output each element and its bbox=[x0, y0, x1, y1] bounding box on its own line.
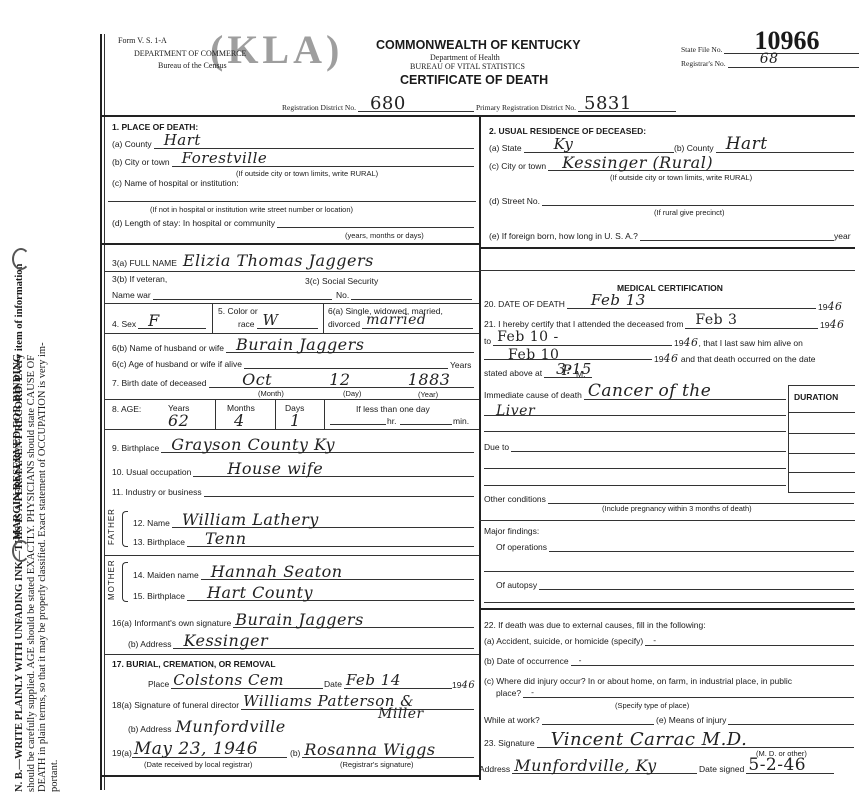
day-note: (Day) bbox=[343, 389, 361, 398]
means-of-injury-field[interactable]: (e) Means of injury bbox=[656, 713, 854, 725]
residence-county-field[interactable]: (b) County Hart bbox=[674, 138, 854, 153]
sex-value: F bbox=[138, 313, 160, 328]
residence-county-value: Hart bbox=[716, 137, 768, 152]
primary-district-field[interactable]: Primary Registration District No. 5831 bbox=[476, 96, 676, 112]
birthplace-field[interactable]: 9. Birthplace Grayson County Ky bbox=[112, 437, 474, 453]
duration-label: DURATION bbox=[794, 392, 838, 402]
length-of-stay-field[interactable]: (d) Length of stay: In hospital or commu… bbox=[112, 214, 474, 228]
residence-city-note: (If outside city or town limits, write R… bbox=[610, 173, 752, 182]
registrar-signature-value: Rosanna Wiggs bbox=[302, 742, 435, 757]
birth-day-value: 12 bbox=[319, 372, 350, 387]
row-divider bbox=[104, 654, 479, 655]
street-note: (If rural give precinct) bbox=[654, 208, 724, 217]
ampm-value[interactable]: P bbox=[562, 363, 572, 379]
due-to-field[interactable]: Due to bbox=[484, 440, 786, 452]
funeral-address-field[interactable]: (b) Address Munfordville bbox=[128, 718, 474, 734]
center-divider bbox=[479, 115, 481, 780]
registration-district-value: 680 bbox=[358, 96, 406, 111]
registrar-signature-note: (Registrar's signature) bbox=[340, 760, 414, 769]
burial-date-field[interactable]: Date Feb 14 bbox=[324, 673, 452, 689]
row-divider bbox=[104, 333, 479, 334]
injury-place-note: (Specify type of place) bbox=[615, 701, 689, 710]
duration-line bbox=[788, 412, 855, 413]
minutes-field[interactable] bbox=[400, 424, 452, 425]
informant-address-field[interactable]: (b) Address Kessinger bbox=[128, 634, 474, 649]
last-saw-year: 46 bbox=[663, 352, 678, 365]
cause-of-death-line-2[interactable]: Liver bbox=[484, 402, 786, 416]
date-received-value: May 23, 1946 bbox=[132, 742, 258, 757]
father-bracket bbox=[122, 511, 128, 547]
row-divider bbox=[479, 520, 855, 521]
registration-stamp: (KLA) bbox=[210, 26, 343, 73]
due-to-line[interactable] bbox=[484, 468, 786, 469]
while-at-work-field[interactable]: While at work? bbox=[484, 713, 654, 725]
full-name-value: Elizia Thomas Jaggers bbox=[179, 253, 374, 268]
other-conditions-note: (Include pregnancy within 3 months of de… bbox=[602, 504, 752, 513]
father-name-field[interactable]: 12. Name William Lathery bbox=[133, 512, 474, 528]
due-to-line[interactable] bbox=[484, 485, 786, 486]
mother-side-label: MOTHER bbox=[107, 559, 116, 600]
residence-state-value: Ky bbox=[524, 137, 574, 152]
spouse-age-suffix: Years bbox=[450, 360, 471, 370]
last-saw-label: , that I last saw him alive on bbox=[698, 338, 802, 348]
age-label: 8. AGE: bbox=[112, 404, 141, 414]
form-number: Form V. S. 1-A bbox=[118, 36, 167, 45]
last-saw-value: Feb 10 bbox=[484, 347, 559, 363]
occupation-value: House wife bbox=[193, 461, 323, 476]
date-of-death-field[interactable]: 20. DATE OF DEATH Feb 13 bbox=[484, 295, 816, 309]
department-of-health: Department of Health bbox=[430, 53, 500, 62]
date-received-note: (Date received by local registrar) bbox=[144, 760, 252, 769]
physician-signature-value: Vincent Carrac M.D. bbox=[537, 732, 748, 747]
col-divider bbox=[324, 399, 325, 429]
birth-year-value: 1883 bbox=[398, 372, 451, 387]
margin-line-3: DEATH in plain terms, so that it may be … bbox=[37, 264, 49, 792]
spouse-name-field[interactable]: 6(b) Name of husband or wife Burain Jagg… bbox=[112, 337, 474, 353]
date-of-occurrence-field[interactable]: (b) Date of occurrence - bbox=[484, 654, 854, 666]
accident-value: - bbox=[645, 635, 656, 645]
color-label: 5. Color or bbox=[218, 306, 258, 316]
less-than-day-label: If less than one day bbox=[356, 404, 430, 414]
binding-hole-icon bbox=[12, 540, 30, 562]
other-conditions-field[interactable]: Other conditions bbox=[484, 492, 854, 504]
m-label: M. bbox=[576, 369, 585, 379]
primary-district-value: 5831 bbox=[578, 96, 632, 111]
mother-name-value: Hannah Seaton bbox=[201, 564, 343, 579]
death-year-value: 46 bbox=[827, 300, 842, 313]
industry-field[interactable]: 11. Industry or business bbox=[112, 484, 474, 497]
minutes-label: min. bbox=[453, 416, 469, 426]
attended-from-field[interactable]: 21. I hereby certify that I attended the… bbox=[484, 315, 818, 329]
form-left-border-inner bbox=[104, 34, 105, 790]
death-county-field[interactable]: (a) County Hart bbox=[112, 134, 474, 149]
veteran-label: 3(b) If veteran, bbox=[112, 274, 167, 284]
date-of-occurrence-value: - bbox=[571, 655, 582, 665]
burial-year-value: 46 bbox=[461, 680, 475, 691]
injury-place-value: - bbox=[523, 687, 534, 697]
funeral-address-value: Munfordville bbox=[173, 719, 285, 734]
birth-month-value: Oct bbox=[232, 372, 272, 387]
autopsy-line-2[interactable] bbox=[484, 602, 854, 603]
occupation-field[interactable]: 10. Usual occupation House wife bbox=[112, 461, 474, 477]
bottom-rule bbox=[100, 775, 479, 777]
father-name-value: William Lathery bbox=[172, 512, 319, 527]
marital-status-field[interactable]: divorced married bbox=[328, 316, 473, 329]
death-city-note: (If outside city or town limits, write R… bbox=[236, 169, 378, 178]
bureau-vital-statistics: BUREAU OF VITAL STATISTICS bbox=[410, 62, 525, 71]
date-signed-field[interactable]: Date signed 5-2-46 bbox=[699, 756, 834, 774]
attended-from-year: 46 bbox=[829, 318, 844, 331]
marital-status-value: married bbox=[362, 313, 426, 328]
col-divider bbox=[215, 399, 216, 429]
cause-of-death-value: Cancer of the bbox=[584, 384, 711, 399]
physician-address-value: Munfordville, Ky bbox=[512, 758, 656, 773]
mother-name-field[interactable]: 14. Maiden name Hannah Seaton bbox=[133, 564, 474, 580]
col-divider bbox=[212, 303, 213, 333]
registrar-number-value: 68 bbox=[728, 52, 779, 67]
birth-date-field[interactable]: 7. Birth date of deceased Oct 12 1883 bbox=[112, 373, 474, 388]
social-security-label: 3(c) Social Security bbox=[305, 276, 378, 286]
month-note: (Month) bbox=[258, 389, 284, 398]
registrar-number-field[interactable]: Registrar's No. 68 bbox=[681, 54, 859, 68]
operations-line-2[interactable] bbox=[484, 571, 854, 572]
hours-label: hr. bbox=[387, 416, 396, 426]
col-divider bbox=[323, 303, 324, 333]
attended-to-field[interactable]: to Feb 10 - bbox=[484, 332, 672, 346]
col-divider bbox=[275, 399, 276, 429]
mother-birthplace-field[interactable]: 15. Birthplace Hart County bbox=[133, 586, 474, 601]
death-occurred-label: and that death occurred on the date bbox=[681, 354, 816, 364]
commonwealth-title: COMMONWEALTH OF KENTUCKY bbox=[376, 38, 581, 52]
date-of-death-value: Feb 13 bbox=[567, 293, 646, 308]
section-rule bbox=[100, 243, 479, 245]
hospital-label: (c) Name of hospital or institution: bbox=[112, 178, 239, 188]
war-field[interactable]: Name war bbox=[112, 288, 332, 300]
attended-from-value: Feb 3 bbox=[685, 313, 737, 328]
duration-line bbox=[788, 433, 855, 434]
row-divider bbox=[104, 429, 479, 430]
physician-signature-field[interactable]: 23. Signature Vincent Carrac M.D. bbox=[484, 730, 854, 748]
death-city-field[interactable]: (b) City or town Forestville bbox=[112, 152, 474, 167]
attended-to-year: 46 bbox=[683, 336, 698, 349]
mother-bracket bbox=[122, 562, 128, 602]
father-birthplace-value: Tenn bbox=[187, 531, 247, 546]
last-saw-field[interactable]: Feb 10 bbox=[484, 346, 652, 360]
stay-note: (years, months or days) bbox=[345, 231, 424, 240]
section-rule bbox=[479, 608, 855, 610]
cause-of-death-field[interactable]: Immediate cause of death Cancer of the bbox=[484, 384, 786, 400]
year-note: (Year) bbox=[418, 390, 438, 399]
burial-place-value: Colstons Cem bbox=[171, 673, 284, 688]
father-birthplace-field[interactable]: 13. Birthplace Tenn bbox=[133, 532, 474, 547]
date-signed-value: 5-2-46 bbox=[746, 758, 806, 773]
binding-margin-label: MARGIN RESERVED FOR BINDING bbox=[12, 354, 24, 540]
residence-state-field[interactable]: (a) State Ky bbox=[489, 138, 674, 153]
section-rule bbox=[479, 247, 855, 249]
cause-line[interactable] bbox=[484, 431, 786, 432]
autopsy-field[interactable]: Of autopsy bbox=[496, 578, 854, 590]
birthplace-value: Grayson County Ky bbox=[161, 437, 335, 452]
hospital-note: (If not in hospital or institution write… bbox=[150, 205, 353, 214]
father-side-label: FATHER bbox=[107, 508, 116, 545]
sex-field[interactable]: 4. Sex F bbox=[112, 314, 206, 329]
registrar-signature-field[interactable]: (b) Rosanna Wiggs bbox=[290, 740, 474, 758]
social-security-number-field[interactable]: No. bbox=[336, 288, 472, 300]
street-number-field[interactable]: (d) Street No. bbox=[489, 193, 854, 206]
injury-place-field[interactable]: place? - bbox=[496, 686, 854, 698]
attended-to-value: Feb 10 - bbox=[493, 330, 559, 345]
binding-hole-icon bbox=[12, 248, 30, 270]
operations-field[interactable]: Of operations bbox=[496, 540, 854, 552]
age-days-value[interactable]: 1 bbox=[290, 411, 301, 430]
race-value: W bbox=[257, 313, 279, 328]
full-name-field[interactable]: 3(a) FULL NAME Elizia Thomas Jaggers bbox=[112, 250, 474, 268]
injury-place-label: (c) Where did injury occur? In or about … bbox=[484, 676, 792, 686]
foreign-born-field[interactable]: (e) If foreign born, how long in U. S. A… bbox=[489, 228, 834, 241]
informant-signature-field[interactable]: 16(a) Informant's own signature Burain J… bbox=[112, 612, 474, 628]
margin-line-4: portant. bbox=[49, 264, 61, 792]
death-county-value: Hart bbox=[154, 133, 201, 148]
external-causes-heading: 22. If death was due to external causes,… bbox=[484, 620, 706, 630]
row-divider bbox=[104, 555, 479, 556]
informant-signature-value: Burain Jaggers bbox=[233, 612, 364, 627]
date-received-field[interactable]: 19(a) May 23, 1946 bbox=[112, 740, 287, 758]
foreign-year-suffix: year bbox=[834, 231, 851, 241]
header-rule bbox=[100, 115, 855, 117]
age-months-value[interactable]: 4 bbox=[234, 411, 245, 430]
race-field[interactable]: race W bbox=[238, 316, 318, 329]
spouse-name-value: Burain Jaggers bbox=[226, 337, 365, 352]
burial-date-value: Feb 14 bbox=[344, 673, 401, 688]
major-findings-label: Major findings: bbox=[484, 526, 539, 536]
certificate-title: CERTIFICATE OF DEATH bbox=[400, 73, 548, 87]
duration-line bbox=[788, 472, 855, 473]
registration-district-field[interactable]: Registration District No. 680 bbox=[282, 96, 474, 112]
row-divider bbox=[104, 271, 479, 272]
form-left-border bbox=[100, 34, 102, 790]
physician-address-field[interactable]: Address Munfordville, Ky bbox=[479, 756, 697, 774]
row-divider bbox=[479, 270, 855, 271]
residence-city-field[interactable]: (c) City or town Kessinger (Rural) bbox=[489, 156, 854, 171]
burial-place-field[interactable]: Place Colstons Cem bbox=[148, 673, 323, 689]
row-divider bbox=[104, 303, 479, 304]
hours-field[interactable] bbox=[330, 424, 386, 425]
hospital-line[interactable] bbox=[108, 201, 476, 202]
state-file-number: 10966 bbox=[724, 29, 819, 53]
spouse-age-field[interactable]: 6(c) Age of husband or wife if alive bbox=[112, 357, 448, 369]
cause-of-death-value-2: Liver bbox=[484, 403, 535, 419]
residence-city-value: Kessinger (Rural) bbox=[548, 155, 713, 170]
accident-field[interactable]: (a) Accident, suicide, or homicide (spec… bbox=[484, 634, 854, 646]
mother-birthplace-value: Hart County bbox=[187, 585, 313, 600]
duration-line bbox=[788, 453, 855, 454]
death-city-value: Forestville bbox=[172, 151, 268, 166]
age-years-value[interactable]: 62 bbox=[168, 411, 189, 430]
burial-heading: 17. BURIAL, CREMATION, OR REMOVAL bbox=[112, 659, 276, 669]
row-divider bbox=[104, 399, 479, 400]
informant-address-value: Kessinger bbox=[173, 633, 268, 648]
margin-line-2: should be carefully supplied. AGE should… bbox=[26, 264, 38, 792]
